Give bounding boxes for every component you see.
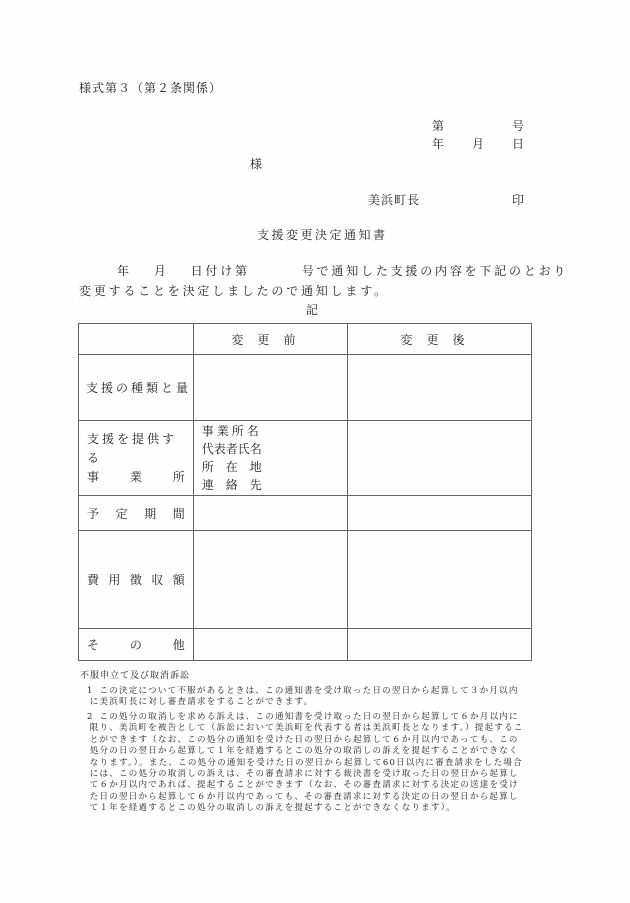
header-cell-empty <box>79 324 194 355</box>
cell-after[interactable] <box>348 629 532 661</box>
cell-before[interactable] <box>193 355 347 421</box>
row-label-provider-line1: 支援を提供する <box>87 430 185 468</box>
cell-after[interactable] <box>348 496 532 531</box>
table-row: 支援を提供する 事 業 所 事業所名 代表者氏名 所 在 地 連 絡 先 <box>79 421 532 496</box>
note-line: なります。）。また、この処分の通知を受けた日の翌日から起算して60日以内に審査請… <box>80 758 550 769</box>
body-rest: 号で通知した支援の内容を下記のとおり <box>302 264 568 278</box>
note-line: に美浜町長に対し審査請求をすることができます。 <box>80 697 550 708</box>
note-line: 処分の日の翌日から起算して１年を経過するとこの処分の取消しの訴えを提起することが… <box>80 746 550 757</box>
body-year: 年 <box>117 264 132 278</box>
note-line: この処分の取消しを求める訴えは、この通知書を受け取った日の翌日から起算して６か月… <box>80 712 550 723</box>
cell-after[interactable] <box>348 355 532 421</box>
date-day-label: 日 <box>512 135 524 152</box>
header-cell-before: 変更前 <box>193 324 347 355</box>
note-number: 1 <box>87 686 94 697</box>
sub-label-representative: 代表者氏名 <box>202 440 347 458</box>
note-line: て１年を経過するとこの処分の取消しの訴えを提起することができなくなります）。 <box>80 803 550 814</box>
body-day-ref: 日付け第 <box>191 264 250 278</box>
note-item-1: 1 この決定について不服があるときは、この通知書を受け取った日の翌日から起算して… <box>80 686 550 709</box>
row-label-fee: 費 用 徴 収 額 <box>79 531 194 629</box>
ki-heading: 記 <box>306 301 318 318</box>
table-row: 予 定 期 間 <box>79 496 532 531</box>
document-number-suffix: 号 <box>512 117 524 134</box>
table-row: そ の 他 <box>79 629 532 661</box>
note-line: て６か月以内であれば、提起することができます（なお、その審査請求に対する決定の送… <box>80 780 550 791</box>
row-label-period: 予 定 期 間 <box>79 496 194 531</box>
note-line: には、この処分の取消しの訴えは、その審査請求に対する裁決書を受け取った日の翌日か… <box>80 769 550 780</box>
form-number: 様式第３（第２条関係） <box>79 79 222 96</box>
sub-label-address: 所 在 地 <box>202 458 262 476</box>
notes-title: 不服申立て及び取消訴訟 <box>80 668 190 681</box>
addressee-honorific: 様 <box>250 155 262 172</box>
row-label-other: そ の 他 <box>79 629 194 661</box>
cell-before[interactable] <box>193 629 347 661</box>
cell-after[interactable] <box>348 421 532 496</box>
cell-before[interactable] <box>193 496 347 531</box>
note-line: とができます（なお、この処分の通知を受けた日の翌日から起算して６か月以内であって… <box>80 735 550 746</box>
note-item-2: 2 この処分の取消しを求める訴えは、この通知書を受け取った日の翌日から起算して６… <box>80 712 550 815</box>
body-month: 月 <box>154 264 169 278</box>
note-line: この決定について不服があるときは、この通知書を受け取った日の翌日から起算して３か… <box>80 686 550 697</box>
row-label-provider: 支援を提供する 事 業 所 <box>79 421 194 496</box>
note-number: 2 <box>87 712 94 723</box>
header-cell-after: 変更後 <box>348 324 532 355</box>
cell-after[interactable] <box>348 531 532 629</box>
row-label-provider-line2: 事 業 所 <box>87 468 185 487</box>
cell-before-provider[interactable]: 事業所名 代表者氏名 所 在 地 連 絡 先 <box>193 421 347 496</box>
cell-before[interactable] <box>193 531 347 629</box>
table-header-row: 変更前 変更後 <box>79 324 532 355</box>
sub-label-office-name: 事業所名 <box>202 422 347 440</box>
row-label-support-type: 支援の種類と量 <box>79 355 194 421</box>
issuer-name: 美浜町長 <box>368 191 420 208</box>
note-line: た日の翌日から起算して６か月以内であっても、その審査請求に対する決定の日の翌日か… <box>80 792 550 803</box>
document-number-label: 第 <box>432 117 444 134</box>
change-table: 変更前 変更後 支援の種類と量 支援を提供する 事 業 所 事業所名 代表者氏名… <box>78 323 532 661</box>
body-line-2: 変更することを決定しましたので通知します。 <box>79 282 389 299</box>
table-row: 支援の種類と量 <box>79 355 532 421</box>
date-month-label: 月 <box>472 135 484 152</box>
date-year-label: 年 <box>432 135 444 152</box>
document-title: 支援変更決定通知書 <box>257 226 388 243</box>
seal-mark: 印 <box>512 191 524 208</box>
sub-label-contact: 連 絡 先 <box>202 476 262 494</box>
table-row: 費 用 徴 収 額 <box>79 531 532 629</box>
body-line-1: 年月日付け第号で通知した支援の内容を下記のとおり <box>79 262 568 279</box>
note-line: 限り、美浜町を被告として（訴訟において美浜町を代表する者は美浜町長となります。）… <box>80 723 550 734</box>
